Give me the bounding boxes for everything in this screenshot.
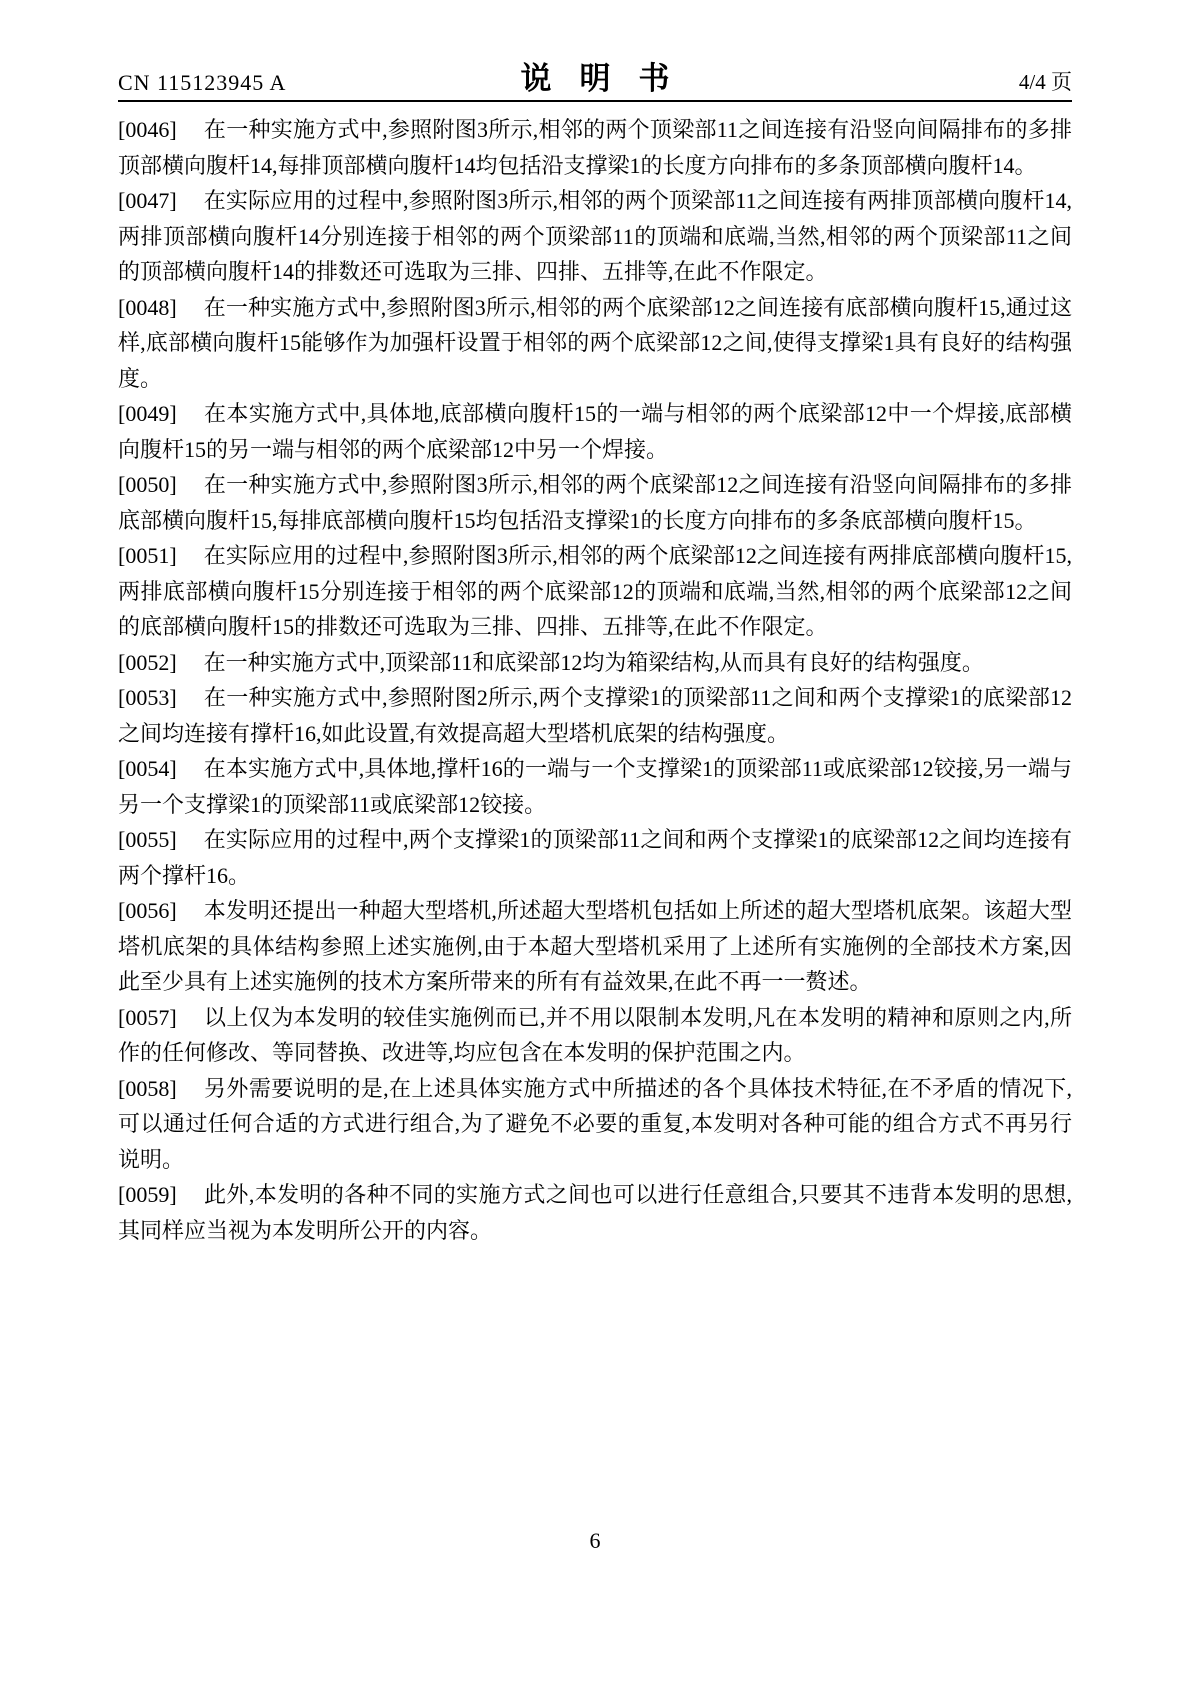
document-title: 说明书 bbox=[521, 53, 698, 98]
paragraph-number: [0055] bbox=[118, 827, 177, 852]
patent-specification-page: CN 115123945 A 说明书 4/4 页 [0046]在一种实施方式中,… bbox=[0, 0, 1190, 1684]
publication-number: CN 115123945 A bbox=[118, 70, 286, 96]
paragraph-text: 在一种实施方式中,参照附图3所示,相邻的两个顶梁部11之间连接有沿竖向间隔排布的… bbox=[118, 117, 1072, 178]
paragraph-text: 在实际应用的过程中,参照附图3所示,相邻的两个底梁部12之间连接有两排底部横向腹… bbox=[118, 543, 1072, 639]
paragraph-0058: [0058]另外需要说明的是,在上述具体实施方式中所描述的各个具体技术特征,在不… bbox=[118, 1071, 1072, 1178]
paragraph-0049: [0049]在本实施方式中,具体地,底部横向腹杆15的一端与相邻的两个底梁部12… bbox=[118, 396, 1072, 467]
paragraph-0055: [0055]在实际应用的过程中,两个支撑梁1的顶梁部11之间和两个支撑梁1的底梁… bbox=[118, 822, 1072, 893]
paragraph-text: 此外,本发明的各种不同的实施方式之间也可以进行任意组合,只要其不违背本发明的思想… bbox=[118, 1182, 1072, 1243]
page-number: 6 bbox=[590, 1528, 601, 1553]
paragraph-0047: [0047]在实际应用的过程中,参照附图3所示,相邻的两个顶梁部11之间连接有两… bbox=[118, 183, 1072, 290]
header-divider bbox=[118, 100, 1072, 102]
paragraph-0057: [0057]以上仅为本发明的较佳实施例而已,并不用以限制本发明,凡在本发明的精神… bbox=[118, 1000, 1072, 1071]
paragraph-text: 在实际应用的过程中,两个支撑梁1的顶梁部11之间和两个支撑梁1的底梁部12之间均… bbox=[118, 827, 1072, 888]
page-indicator: 4/4 页 bbox=[1019, 66, 1072, 96]
paragraph-text: 在本实施方式中,具体地,底部横向腹杆15的一端与相邻的两个底梁部12中一个焊接,… bbox=[118, 401, 1072, 462]
paragraph-number: [0053] bbox=[118, 685, 177, 710]
paragraph-text: 在实际应用的过程中,参照附图3所示,相邻的两个顶梁部11之间连接有两排顶部横向腹… bbox=[118, 188, 1072, 284]
paragraph-number: [0047] bbox=[118, 188, 177, 213]
paragraph-number: [0058] bbox=[118, 1076, 177, 1101]
paragraph-0059: [0059]此外,本发明的各种不同的实施方式之间也可以进行任意组合,只要其不违背… bbox=[118, 1177, 1072, 1248]
paragraph-0056: [0056]本发明还提出一种超大型塔机,所述超大型塔机包括如上所述的超大型塔机底… bbox=[118, 893, 1072, 1000]
paragraph-text: 另外需要说明的是,在上述具体实施方式中所描述的各个具体技术特征,在不矛盾的情况下… bbox=[118, 1076, 1072, 1172]
paragraph-text: 在一种实施方式中,顶梁部11和底梁部12均为箱梁结构,从而具有良好的结构强度。 bbox=[204, 650, 984, 675]
page-footer: 6 bbox=[0, 1528, 1190, 1554]
paragraph-number: [0048] bbox=[118, 295, 177, 320]
paragraph-number: [0052] bbox=[118, 650, 177, 675]
paragraph-text: 以上仅为本发明的较佳实施例而已,并不用以限制本发明,凡在本发明的精神和原则之内,… bbox=[118, 1005, 1072, 1066]
paragraph-0048: [0048]在一种实施方式中,参照附图3所示,相邻的两个底梁部12之间连接有底部… bbox=[118, 290, 1072, 397]
paragraph-number: [0054] bbox=[118, 756, 177, 781]
paragraph-number: [0057] bbox=[118, 1005, 177, 1030]
page-header: CN 115123945 A 说明书 4/4 页 bbox=[118, 58, 1072, 98]
paragraph-0051: [0051]在实际应用的过程中,参照附图3所示,相邻的两个底梁部12之间连接有两… bbox=[118, 538, 1072, 645]
paragraph-number: [0056] bbox=[118, 898, 177, 923]
paragraph-number: [0051] bbox=[118, 543, 177, 568]
paragraph-text: 在本实施方式中,具体地,撑杆16的一端与一个支撑梁1的顶梁部11或底梁部12铰接… bbox=[118, 756, 1072, 817]
specification-body: [0046]在一种实施方式中,参照附图3所示,相邻的两个顶梁部11之间连接有沿竖… bbox=[118, 112, 1072, 1248]
paragraph-0046: [0046]在一种实施方式中,参照附图3所示,相邻的两个顶梁部11之间连接有沿竖… bbox=[118, 112, 1072, 183]
paragraph-text: 在一种实施方式中,参照附图3所示,相邻的两个底梁部12之间连接有沿竖向间隔排布的… bbox=[118, 472, 1072, 533]
paragraph-number: [0050] bbox=[118, 472, 177, 497]
paragraph-0053: [0053]在一种实施方式中,参照附图2所示,两个支撑梁1的顶梁部11之间和两个… bbox=[118, 680, 1072, 751]
paragraph-text: 本发明还提出一种超大型塔机,所述超大型塔机包括如上所述的超大型塔机底架。该超大型… bbox=[118, 898, 1072, 994]
paragraph-0052: [0052]在一种实施方式中,顶梁部11和底梁部12均为箱梁结构,从而具有良好的… bbox=[118, 645, 1072, 681]
paragraph-text: 在一种实施方式中,参照附图2所示,两个支撑梁1的顶梁部11之间和两个支撑梁1的底… bbox=[118, 685, 1072, 746]
paragraph-number: [0049] bbox=[118, 401, 177, 426]
paragraph-text: 在一种实施方式中,参照附图3所示,相邻的两个底梁部12之间连接有底部横向腹杆15… bbox=[118, 295, 1072, 391]
paragraph-number: [0059] bbox=[118, 1182, 177, 1207]
paragraph-number: [0046] bbox=[118, 117, 177, 142]
paragraph-0054: [0054]在本实施方式中,具体地,撑杆16的一端与一个支撑梁1的顶梁部11或底… bbox=[118, 751, 1072, 822]
paragraph-0050: [0050]在一种实施方式中,参照附图3所示,相邻的两个底梁部12之间连接有沿竖… bbox=[118, 467, 1072, 538]
